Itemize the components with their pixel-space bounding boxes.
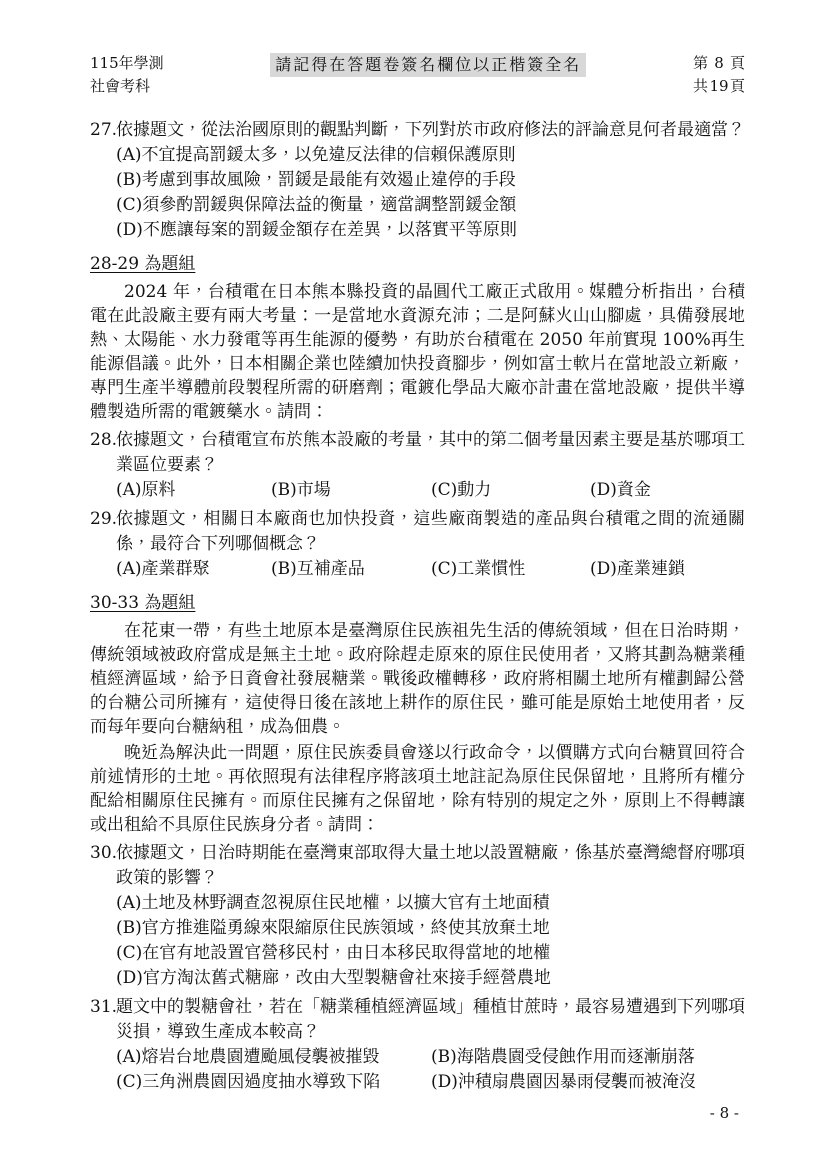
total-pages: 19: [708, 75, 730, 98]
question-29-option-b: (B)互補產品: [271, 557, 431, 582]
question-31-number: 31.: [90, 995, 116, 1095]
question-29-option-d: (D)產業連鎖: [590, 557, 745, 582]
question-28-stem: 依據題文，台積電宣布於熊本設廠的考量，其中的第二個考量因素主要是基於哪項工業區位…: [116, 428, 745, 478]
question-30-stem: 依據題文，日治時期能在臺灣東部取得大量土地以設置糖廠，係基於臺灣總督府哪項政策的…: [116, 841, 745, 891]
question-31-option-a: (A)熔岩台地農園遭颱風侵襲被摧毀: [116, 1045, 431, 1070]
group-30-33-passage-2: 晚近為解決此一問題，原住民族委員會遂以行政命令，以價購方式向台糖買回符合前述情形…: [90, 741, 745, 837]
question-27: 27. 依據題文，從法治國原則的觀點判斷，下列對於市政府修法的評論意見何者最適當…: [90, 118, 745, 243]
header-right: 第8頁 共19頁: [693, 52, 745, 98]
question-31-option-b: (B)海階農園受侵蝕作用而逐漸崩落: [431, 1045, 745, 1070]
group-30-33-heading: 30-33 為題組: [90, 591, 745, 616]
question-28-options: (A)原料 (B)市場 (C)動力 (D)資金: [116, 478, 745, 503]
question-28-option-c: (C)動力: [431, 478, 590, 503]
question-30-options: (A)土地及林野調查忽視原住民地權，以擴大官有土地面積 (B)官方推進隘勇線來限…: [116, 891, 745, 991]
footer-page-number: - 8 -: [710, 1104, 739, 1122]
page-indicator: 第8頁: [693, 52, 745, 75]
question-29-stem: 依據題文，相關日本廠商也加快投資，這些廠商製造的產品與台積電之間的流通關係，最符…: [116, 507, 745, 557]
question-27-option-a: (A)不宜提高罰鍰太多，以免違反法律的信賴保護原則: [116, 143, 745, 168]
question-29-option-c: (C)工業慣性: [431, 557, 590, 582]
question-31: 31. 題文中的製糖會社，若在「糖業種植經濟區域」種植甘蔗時，最容易遭遇到下列哪…: [90, 995, 745, 1095]
question-28-body: 依據題文，台積電宣布於熊本設廠的考量，其中的第二個考量因素主要是基於哪項工業區位…: [116, 428, 745, 503]
signature-notice: 請記得在答題卷簽名欄位以正楷簽全名: [270, 53, 586, 77]
question-30: 30. 依據題文，日治時期能在臺灣東部取得大量土地以設置糖廠，係基於臺灣總督府哪…: [90, 841, 745, 991]
question-27-option-c: (C)須參酌罰鍰與保障法益的衡量，適當調整罰鍰金額: [116, 193, 745, 218]
footer: - 8 -: [90, 1104, 745, 1122]
exam-page: 115年學測 社會考科 請記得在答題卷簽名欄位以正楷簽全名 第8頁 共19頁 2…: [0, 0, 827, 1170]
page-number: 8: [708, 52, 730, 75]
total-prefix: 共: [693, 77, 708, 95]
question-27-body: 依據題文，從法治國原則的觀點判斷，下列對於市政府修法的評論意見何者最適當？ (A…: [116, 118, 745, 243]
question-28-option-b: (B)市場: [271, 478, 431, 503]
question-30-body: 依據題文，日治時期能在臺灣東部取得大量土地以設置糖廠，係基於臺灣總督府哪項政策的…: [116, 841, 745, 991]
question-30-option-b: (B)官方推進隘勇線來限縮原住民族領域，終使其放棄土地: [116, 916, 745, 941]
page-prefix: 第: [693, 54, 708, 72]
question-29: 29. 依據題文，相關日本廠商也加快投資，這些廠商製造的產品與台積電之間的流通關…: [90, 507, 745, 582]
question-29-option-a: (A)產業群聚: [116, 557, 271, 582]
question-27-option-d: (D)不應讓每案的罰鍰金額存在差異，以落實平等原則: [116, 218, 745, 243]
question-28: 28. 依據題文，台積電宣布於熊本設廠的考量，其中的第二個考量因素主要是基於哪項…: [90, 428, 745, 503]
group-28-29-heading: 28-29 為題組: [90, 252, 745, 277]
question-29-number: 29.: [90, 507, 116, 582]
question-31-option-d: (D)沖積扇農園因暴雨侵襲而被淹沒: [431, 1070, 745, 1095]
question-28-option-a: (A)原料: [116, 478, 271, 503]
question-28-number: 28.: [90, 428, 116, 503]
question-27-options: (A)不宜提高罰鍰太多，以免違反法律的信賴保護原則 (B)考慮到事故風險，罰鍰是…: [116, 143, 745, 243]
question-30-option-c: (C)在官有地設置官營移民村，由日本移民取得當地的地權: [116, 941, 745, 966]
header-center: 請記得在答題卷簽名欄位以正楷簽全名: [164, 52, 693, 77]
group-28-29-passage: 2024 年，台積電在日本熊本縣投資的晶圓代工廠正式啟用。媒體分析指出，台積電在…: [90, 280, 745, 424]
question-29-body: 依據題文，相關日本廠商也加快投資，這些廠商製造的產品與台積電之間的流通關係，最符…: [116, 507, 745, 582]
question-27-number: 27.: [90, 118, 116, 243]
total-pages-indicator: 共19頁: [693, 75, 745, 98]
question-31-stem: 題文中的製糖會社，若在「糖業種植經濟區域」種植甘蔗時，最容易遭遇到下列哪項災損，…: [116, 995, 745, 1045]
question-30-option-a: (A)土地及林野調查忽視原住民地權，以擴大官有土地面積: [116, 891, 745, 916]
question-31-option-c: (C)三角洲農園因過度抽水導致下陷: [116, 1070, 431, 1095]
total-suffix: 頁: [730, 77, 745, 95]
question-28-option-d: (D)資金: [590, 478, 745, 503]
question-31-body: 題文中的製糖會社，若在「糖業種植經濟區域」種植甘蔗時，最容易遭遇到下列哪項災損，…: [116, 995, 745, 1095]
header-left: 115年學測 社會考科: [90, 52, 164, 98]
page-suffix: 頁: [730, 54, 745, 72]
question-29-options: (A)產業群聚 (B)互補產品 (C)工業慣性 (D)產業連鎖: [116, 557, 745, 582]
page-header: 115年學測 社會考科 請記得在答題卷簽名欄位以正楷簽全名 第8頁 共19頁: [90, 52, 745, 98]
question-30-option-d: (D)官方淘汰舊式糖廍，改由大型製糖會社來接手經營農地: [116, 966, 745, 991]
exam-subject: 社會考科: [90, 75, 164, 98]
exam-title: 115年學測: [90, 52, 164, 75]
group-30-33-passage-1: 在花東一帶，有些土地原本是臺灣原住民族祖先生活的傳統領域，但在日治時期，傳統領域…: [90, 619, 745, 739]
question-30-number: 30.: [90, 841, 116, 991]
question-27-stem: 依據題文，從法治國原則的觀點判斷，下列對於市政府修法的評論意見何者最適當？: [116, 118, 745, 143]
question-31-options: (A)熔岩台地農園遭颱風侵襲被摧毀 (B)海階農園受侵蝕作用而逐漸崩落 (C)三…: [116, 1045, 745, 1095]
question-27-option-b: (B)考慮到事故風險，罰鍰是最能有效遏止違停的手段: [116, 168, 745, 193]
